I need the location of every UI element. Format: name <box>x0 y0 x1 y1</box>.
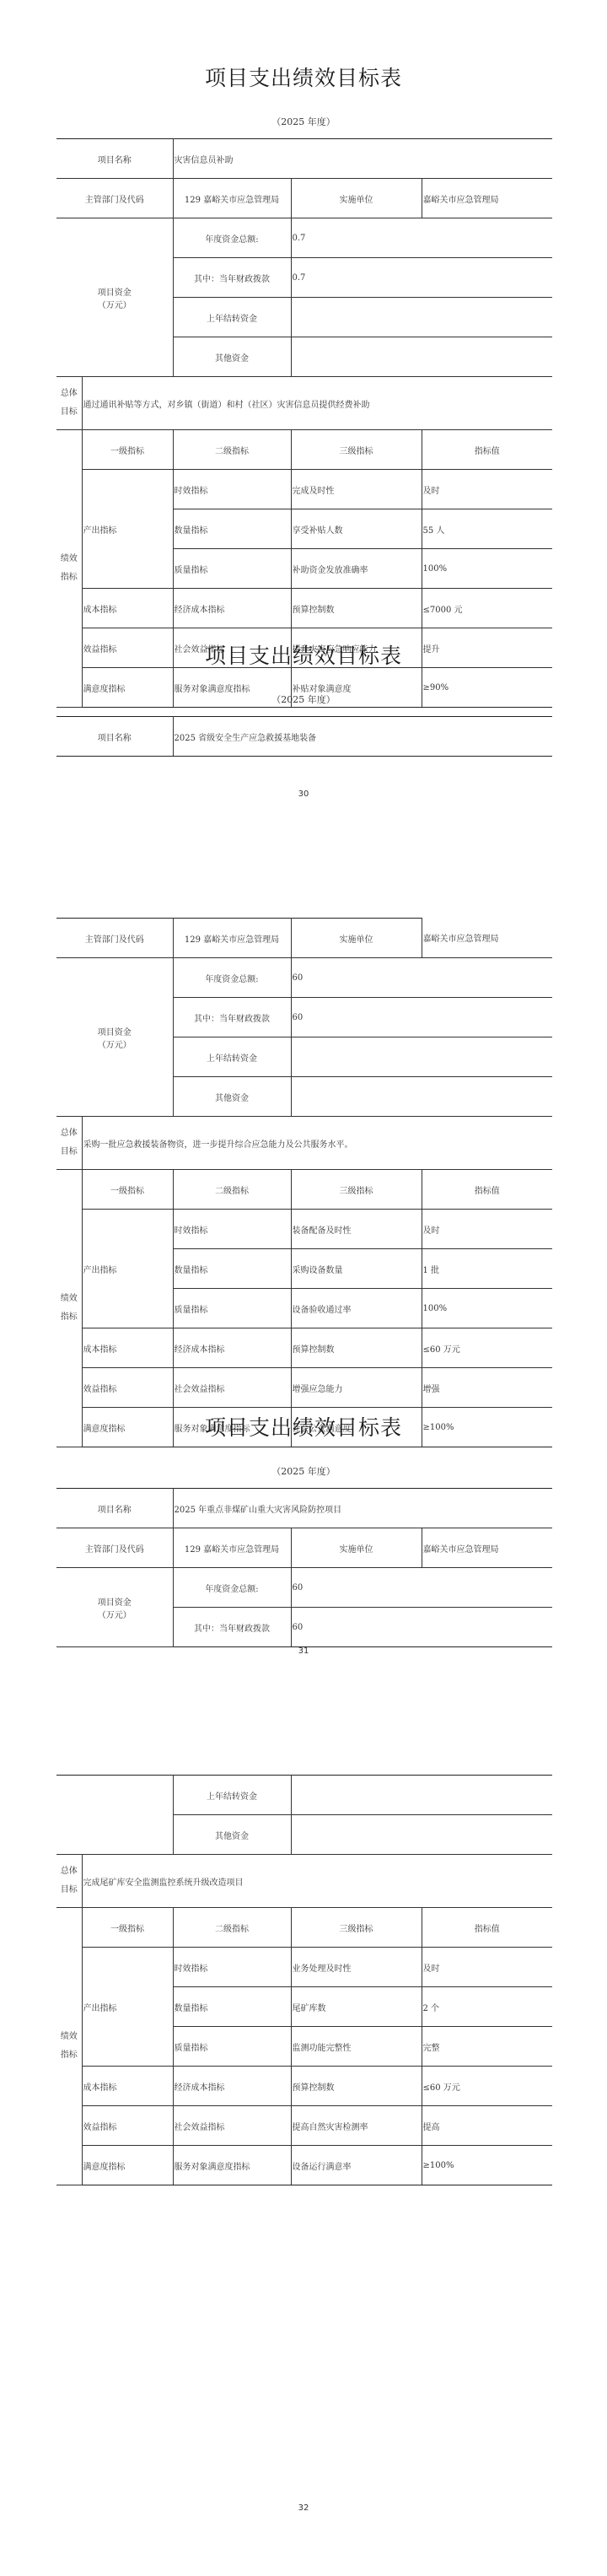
performance-table-3-bottom: 上年结转资金 其他资金 总体目标 完成尾矿库安全监测监控系统升级改造项目 绩效指… <box>56 1775 552 2185</box>
indicator-value: 55 人 <box>422 509 552 549</box>
fund-row-label: 其中：当年财政拨款 <box>173 1608 291 1647</box>
goal-row: 总体目标 完成尾矿库安全监测监控系统升级改造项目 <box>56 1855 552 1908</box>
fund-row: 项目资金（万元） 年度资金总额: 60 <box>56 1568 552 1608</box>
indicator-row: 成本指标 经济成本指标 预算控制数 ≤7000 元 <box>56 589 552 628</box>
indicator-l3: 设备运行满意率 <box>291 2146 422 2185</box>
project-name-value: 灾害信息员补助 <box>173 139 552 179</box>
header-l2: 二级指标 <box>173 1908 291 1948</box>
fund-row-label: 年度资金总额: <box>173 958 291 998</box>
performance-table-2-body: 主管部门及代码 129 嘉峪关市应急管理局 实施单位 嘉峪关市应急管理局 项目资… <box>56 918 552 1447</box>
dept-label: 主管部门及代码 <box>56 179 173 218</box>
header-l1: 一级指标 <box>82 430 173 470</box>
fund-label-continued <box>56 1776 173 1855</box>
fund-row: 项目资金（万元） 年度资金总额: 0.7 <box>56 218 552 258</box>
indicator-l3: 监测功能完整性 <box>291 2027 422 2067</box>
indicator-l3: 预算控制数 <box>291 1328 422 1368</box>
indicator-l3: 预算控制数 <box>291 2067 422 2106</box>
fund-row: 上年结转资金 <box>56 1776 552 1815</box>
indicator-l2: 经济成本指标 <box>173 2067 291 2106</box>
header-value: 指标值 <box>422 1170 552 1210</box>
perf-label: 绩效指标 <box>56 1170 82 1447</box>
header-l1: 一级指标 <box>82 1170 173 1210</box>
indicator-l3: 尾矿库数 <box>291 1987 422 2027</box>
indicator-l1: 满意度指标 <box>82 2146 173 2185</box>
dept-value: 129 嘉峪关市应急管理局 <box>173 179 291 218</box>
fund-row: 项目资金（万元） 年度资金总额: 60 <box>56 958 552 998</box>
page-number: 30 <box>0 790 607 799</box>
indicator-value: 100% <box>422 549 552 589</box>
indicator-l2: 时效指标 <box>173 1948 291 1987</box>
goal-label: 总体目标 <box>56 1117 82 1170</box>
indicator-l3: 预算控制数 <box>291 589 422 628</box>
header-l3: 三级指标 <box>291 1908 422 1948</box>
impl-value: 嘉峪关市应急管理局 <box>422 179 552 218</box>
table-title: 项目支出绩效目标表 <box>0 1411 607 1442</box>
dept-label: 主管部门及代码 <box>56 919 173 958</box>
indicator-l1: 产出指标 <box>82 1210 173 1328</box>
indicator-row: 产出指标 时效指标 装备配备及时性 及时 <box>56 1210 552 1249</box>
indicator-value: ≤7000 元 <box>422 589 552 628</box>
fund-row-value: 60 <box>291 958 552 998</box>
goal-text: 通过通讯补贴等方式，对乡镇（街道）和村（社区）灾害信息员提供经费补助 <box>82 377 552 430</box>
impl-label: 实施单位 <box>291 1528 422 1568</box>
indicator-header-row: 绩效指标 一级指标 二级指标 三级指标 指标值 <box>56 1908 552 1948</box>
project-name-label: 项目名称 <box>56 717 173 757</box>
page-number: 31 <box>0 1646 607 1656</box>
project-name-label: 项目名称 <box>56 139 173 179</box>
indicator-l3: 设备验收通过率 <box>291 1289 422 1328</box>
goal-text: 完成尾矿库安全监测监控系统升级改造项目 <box>82 1855 552 1908</box>
indicator-l1: 产出指标 <box>82 470 173 589</box>
indicator-value: ≤60 万元 <box>422 1328 552 1368</box>
indicator-row: 成本指标 经济成本指标 预算控制数 ≤60 万元 <box>56 1328 552 1368</box>
fund-row-label: 年度资金总额: <box>173 1568 291 1608</box>
indicator-l2: 数量指标 <box>173 1249 291 1289</box>
table-year: （2025 年度） <box>0 1464 607 1478</box>
fund-row-label: 上年结转资金 <box>173 298 291 337</box>
indicator-value: 增强 <box>422 1368 552 1408</box>
header-l3: 三级指标 <box>291 1170 422 1210</box>
header-l1: 一级指标 <box>82 1908 173 1948</box>
fund-row-label: 其他资金 <box>173 1815 291 1855</box>
indicator-value: 100% <box>422 1289 552 1328</box>
table-title: 项目支出绩效目标表 <box>0 639 607 670</box>
table-year: （2025 年度） <box>0 693 607 706</box>
indicator-l3: 业务处理及时性 <box>291 1948 422 1987</box>
indicator-l2: 经济成本指标 <box>173 589 291 628</box>
project-name-row: 项目名称 2025 年重点非煤矿山重大灾害风险防控项目 <box>56 1489 552 1528</box>
indicator-l2: 数量指标 <box>173 1987 291 2027</box>
indicator-value: ≥100% <box>422 2146 552 2185</box>
indicator-l3: 完成及时性 <box>291 470 422 509</box>
dept-row: 主管部门及代码 129 嘉峪关市应急管理局 实施单位 嘉峪关市应急管理局 <box>56 1528 552 1568</box>
impl-value: 嘉峪关市应急管理局 <box>422 919 552 958</box>
dept-value: 129 嘉峪关市应急管理局 <box>173 919 291 958</box>
project-name-row: 项目名称 灾害信息员补助 <box>56 139 552 179</box>
indicator-row: 效益指标 社会效益指标 增强应急能力 增强 <box>56 1368 552 1408</box>
impl-value: 嘉峪关市应急管理局 <box>422 1528 552 1568</box>
fund-row-value <box>291 1776 552 1815</box>
indicator-value: 及时 <box>422 470 552 509</box>
fund-row-label: 其中：当年财政拨款 <box>173 258 291 298</box>
indicator-l3: 补助资金发放准确率 <box>291 549 422 589</box>
fund-row-value: 60 <box>291 1568 552 1608</box>
fund-row-value: 0.7 <box>291 258 552 298</box>
fund-row-value: 60 <box>291 1608 552 1647</box>
fund-label: 项目资金（万元） <box>56 1568 173 1647</box>
dept-row: 主管部门及代码 129 嘉峪关市应急管理局 实施单位 嘉峪关市应急管理局 <box>56 179 552 218</box>
fund-row-value: 60 <box>291 998 552 1037</box>
indicator-row: 满意度指标 服务对象满意度指标 设备运行满意率 ≥100% <box>56 2146 552 2185</box>
fund-row-value <box>291 337 552 377</box>
indicator-l1: 产出指标 <box>82 1948 173 2067</box>
fund-row-label: 上年结转资金 <box>173 1776 291 1815</box>
header-value: 指标值 <box>422 430 552 470</box>
indicator-l2: 质量指标 <box>173 549 291 589</box>
indicator-l1: 成本指标 <box>82 589 173 628</box>
fund-label: 项目资金（万元） <box>56 218 173 377</box>
header-l2: 二级指标 <box>173 1170 291 1210</box>
dept-row: 主管部门及代码 129 嘉峪关市应急管理局 实施单位 嘉峪关市应急管理局 <box>56 919 552 958</box>
indicator-l3: 增强应急能力 <box>291 1368 422 1408</box>
fund-row-value: 0.7 <box>291 218 552 258</box>
goal-row: 总体目标 采购一批应急救援装备物资，进一步提升综合应急能力及公共服务水平。 <box>56 1117 552 1170</box>
goal-label: 总体目标 <box>56 377 82 430</box>
project-name-row: 项目名称 2025 省级安全生产应急救援基地装备 <box>56 717 552 757</box>
project-name-label: 项目名称 <box>56 1489 173 1528</box>
indicator-l1: 效益指标 <box>82 2106 173 2146</box>
performance-table-3-top: 项目名称 2025 年重点非煤矿山重大灾害风险防控项目 主管部门及代码 129 … <box>56 1488 552 1647</box>
goal-label: 总体目标 <box>56 1855 82 1908</box>
perf-label: 绩效指标 <box>56 1908 82 2185</box>
fund-row-value <box>291 1815 552 1855</box>
indicator-l2: 质量指标 <box>173 2027 291 2067</box>
table-year: （2025 年度） <box>0 115 607 128</box>
goal-text: 采购一批应急救援装备物资，进一步提升综合应急能力及公共服务水平。 <box>82 1117 552 1170</box>
indicator-l2: 社会效益指标 <box>173 2106 291 2146</box>
fund-row-label: 其中：当年财政拨款 <box>173 998 291 1037</box>
header-l2: 二级指标 <box>173 430 291 470</box>
indicator-l1: 成本指标 <box>82 2067 173 2106</box>
header-value: 指标值 <box>422 1908 552 1948</box>
fund-row-value <box>291 1037 552 1077</box>
indicator-value: ≤60 万元 <box>422 2067 552 2106</box>
indicator-l3: 采购设备数量 <box>291 1249 422 1289</box>
indicator-l3: 享受补贴人数 <box>291 509 422 549</box>
indicator-value: 提高 <box>422 2106 552 2146</box>
fund-row-value <box>291 298 552 337</box>
indicator-l2: 时效指标 <box>173 470 291 509</box>
fund-row-label: 其他资金 <box>173 337 291 377</box>
goal-row: 总体目标 通过通讯补贴等方式，对乡镇（街道）和村（社区）灾害信息员提供经费补助 <box>56 377 552 430</box>
fund-row-label: 年度资金总额: <box>173 218 291 258</box>
indicator-value: 及时 <box>422 1210 552 1249</box>
indicator-header-row: 绩效指标 一级指标 二级指标 三级指标 指标值 <box>56 430 552 470</box>
indicator-value: 1 批 <box>422 1249 552 1289</box>
project-name-value: 2025 年重点非煤矿山重大灾害风险防控项目 <box>173 1489 552 1528</box>
header-l3: 三级指标 <box>291 430 422 470</box>
indicator-header-row: 绩效指标 一级指标 二级指标 三级指标 指标值 <box>56 1170 552 1210</box>
indicator-l2: 时效指标 <box>173 1210 291 1249</box>
indicator-l2: 社会效益指标 <box>173 1368 291 1408</box>
indicator-l2: 质量指标 <box>173 1289 291 1328</box>
indicator-row: 产出指标 时效指标 完成及时性 及时 <box>56 470 552 509</box>
fund-label: 项目资金（万元） <box>56 958 173 1117</box>
table-title: 项目支出绩效目标表 <box>0 62 607 92</box>
dept-label: 主管部门及代码 <box>56 1528 173 1568</box>
indicator-row: 效益指标 社会效益指标 提高自然灾害检测率 提高 <box>56 2106 552 2146</box>
indicator-value: 2 个 <box>422 1987 552 2027</box>
fund-row-label: 上年结转资金 <box>173 1037 291 1077</box>
indicator-l1: 效益指标 <box>82 1368 173 1408</box>
impl-label: 实施单位 <box>291 919 422 958</box>
project-name-value: 2025 省级安全生产应急救援基地装备 <box>173 717 552 757</box>
fund-row-label: 其他资金 <box>173 1077 291 1117</box>
indicator-l2: 经济成本指标 <box>173 1328 291 1368</box>
indicator-l3: 装备配备及时性 <box>291 1210 422 1249</box>
performance-table-2-header: 项目名称 2025 省级安全生产应急救援基地装备 <box>56 716 552 757</box>
indicator-value: 及时 <box>422 1948 552 1987</box>
indicator-row: 成本指标 经济成本指标 预算控制数 ≤60 万元 <box>56 2067 552 2106</box>
indicator-row: 产出指标 时效指标 业务处理及时性 及时 <box>56 1948 552 1987</box>
performance-table-1: 项目名称 灾害信息员补助 主管部门及代码 129 嘉峪关市应急管理局 实施单位 … <box>56 138 552 708</box>
indicator-l2: 数量指标 <box>173 509 291 549</box>
fund-row-value <box>291 1077 552 1117</box>
indicator-l1: 成本指标 <box>82 1328 173 1368</box>
indicator-l2: 服务对象满意度指标 <box>173 2146 291 2185</box>
impl-label: 实施单位 <box>291 179 422 218</box>
dept-value: 129 嘉峪关市应急管理局 <box>173 1528 291 1568</box>
page-number: 32 <box>0 2503 607 2513</box>
indicator-l3: 提高自然灾害检测率 <box>291 2106 422 2146</box>
indicator-value: 完整 <box>422 2027 552 2067</box>
